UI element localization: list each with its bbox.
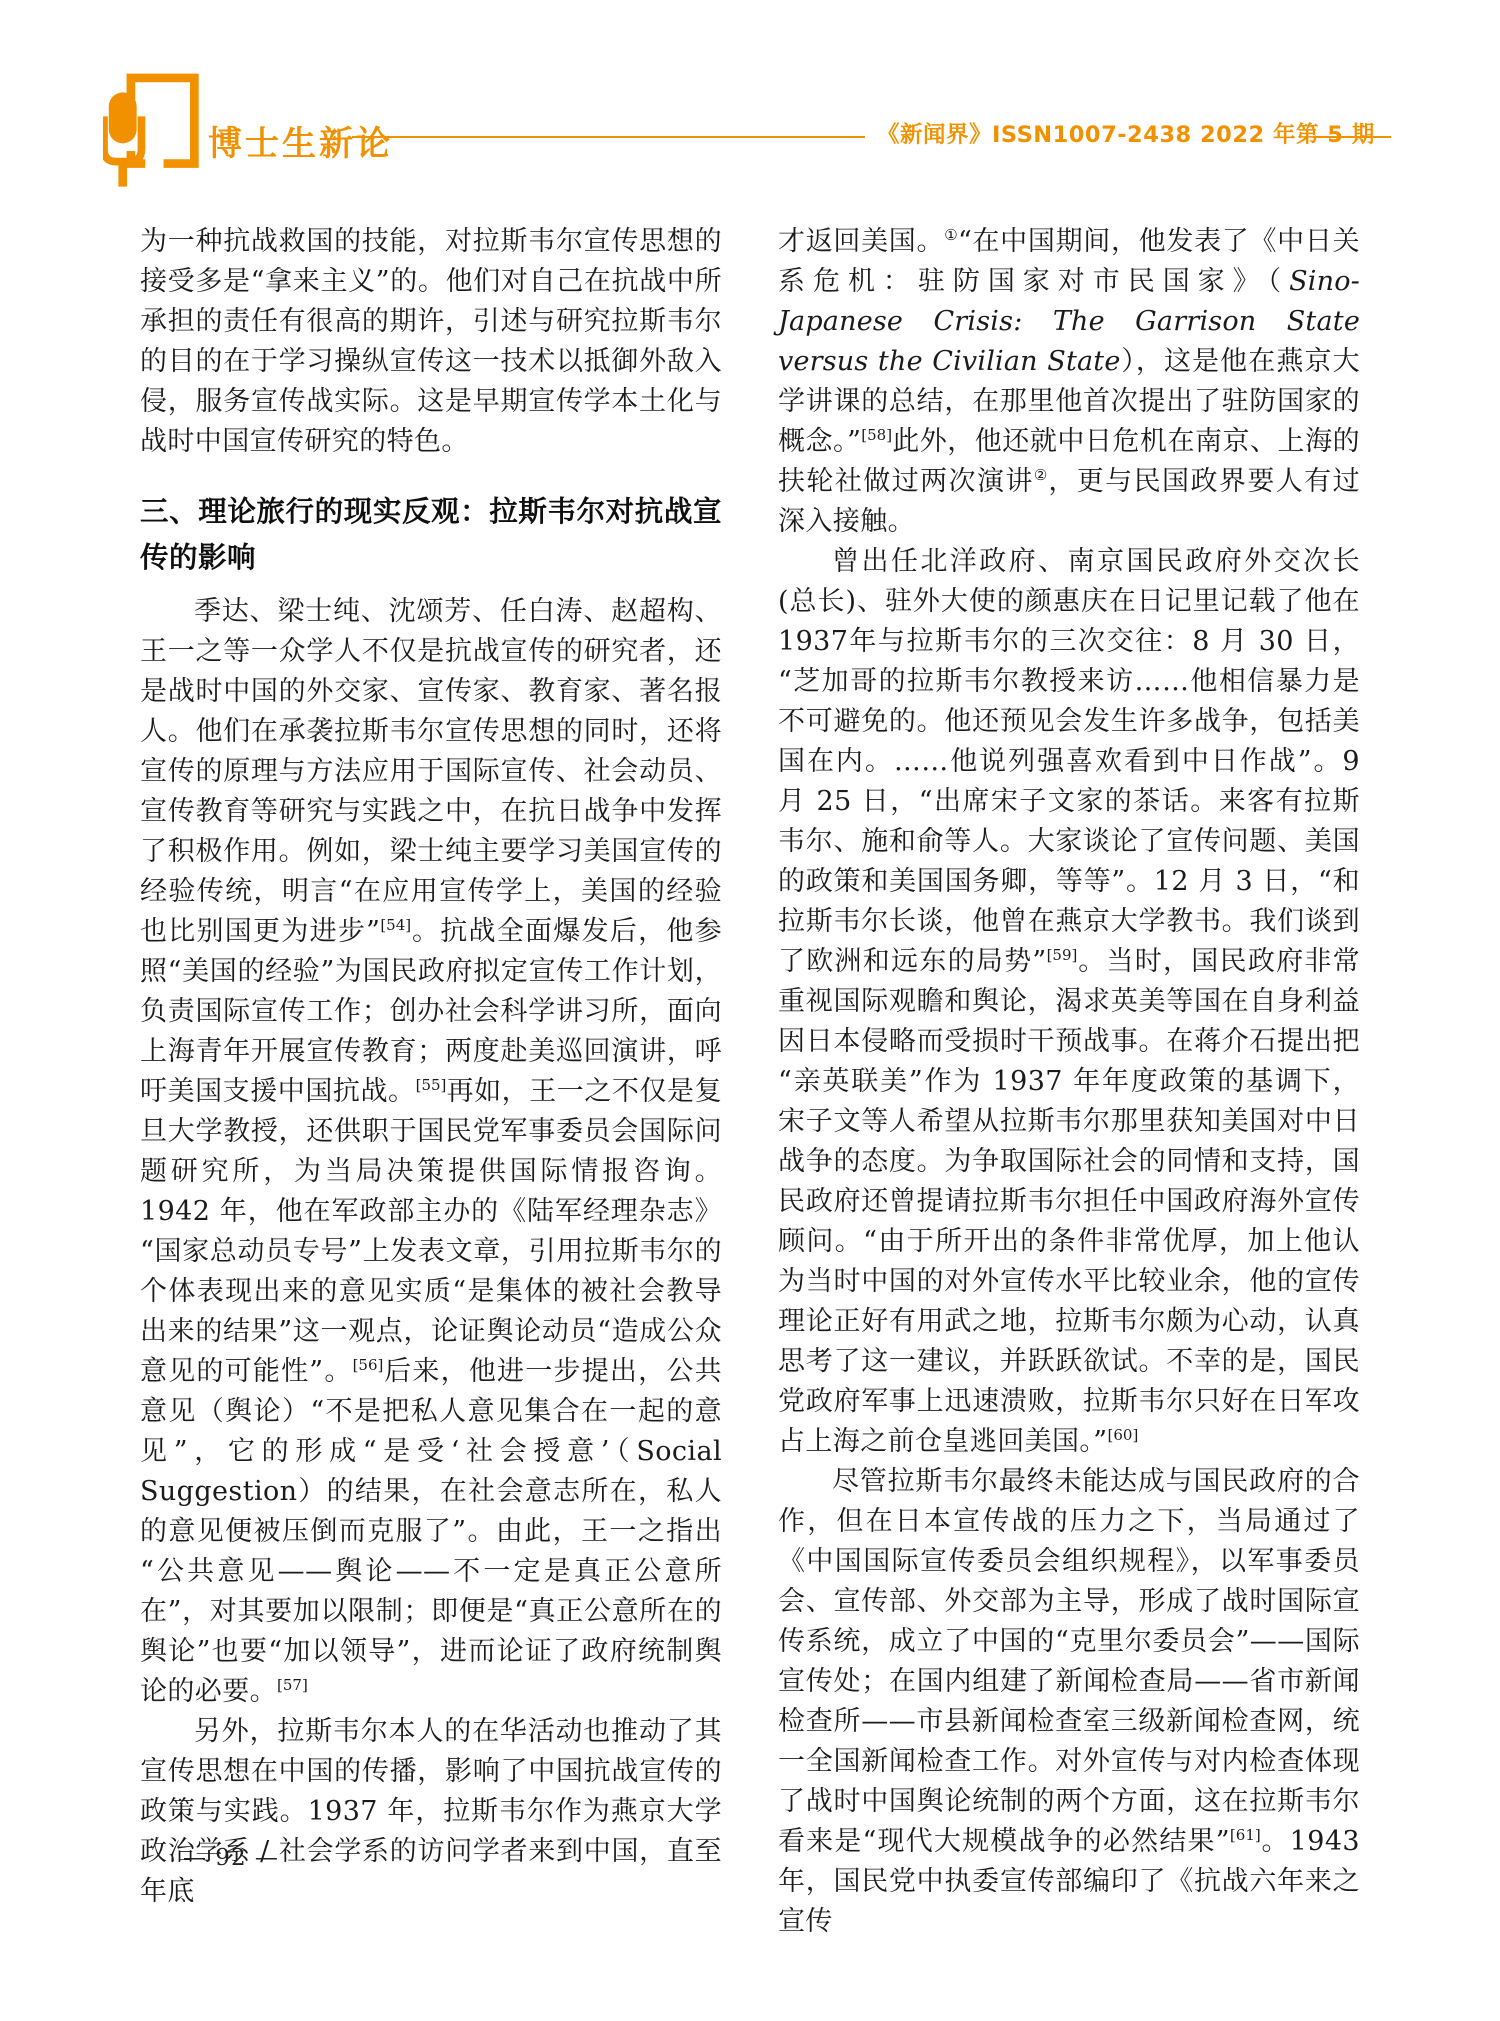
text-run: 另外，拉斯韦尔本人的在华活动也推动了其宣传思想在中国的传播，影响了中国抗战宣传的… xyxy=(140,1716,722,1907)
reference-marker: ① xyxy=(944,226,958,244)
left-column: 为一种抗战救国的技能，对拉斯韦尔宣传思想的接受多是“拿来主义”的。他们对自己在抗… xyxy=(140,222,722,1942)
reference-marker: [57] xyxy=(277,1676,308,1694)
two-column-body: 为一种抗战救国的技能，对拉斯韦尔宣传思想的接受多是“拿来主义”的。他们对自己在抗… xyxy=(140,222,1360,1942)
reference-marker: ② xyxy=(1034,466,1048,484)
text-run: 曾出任北洋政府、南京国民政府外交次长(总长)、驻外大使的颜惠庆在日记里记载了他在… xyxy=(778,546,1360,977)
paragraph: 另外，拉斯韦尔本人的在华活动也推动了其宣传思想在中国的传播，影响了中国抗战宣传的… xyxy=(140,1712,722,1912)
microphone-stem xyxy=(118,162,127,187)
text-run: 才返回美国。 xyxy=(778,226,944,257)
text-run: 为一种抗战救国的技能，对拉斯韦尔宣传思想的接受多是“拿来主义”的。他们对自己在抗… xyxy=(140,226,722,457)
reference-marker: [61] xyxy=(1230,1826,1261,1844)
text-run: 后来，他进一步提出，公共意见（舆论）“不是把私人意见集合在一起的意见”，它的形成… xyxy=(140,1356,722,1707)
reference-marker: [59] xyxy=(1047,946,1078,964)
microphone-frame-icon xyxy=(103,66,203,188)
page-number: — 92 — xyxy=(183,1845,279,1871)
right-column: 才返回美国。①“在中国期间，他发表了《中日关系危机：驻防国家对市民国家》（Sin… xyxy=(778,222,1360,1942)
header-rule-right xyxy=(1313,136,1391,138)
paragraph: 才返回美国。①“在中国期间，他发表了《中日关系危机：驻防国家对市民国家》（Sin… xyxy=(778,222,1360,542)
text-run: 尽管拉斯韦尔最终未能达成与国民政府的合作，但在日本宣传战的压力之下，当局通过了《… xyxy=(778,1466,1360,1857)
text-run: 再如，王一之不仅是复旦大学教授，还供职于国民党军事委员会国际问题研究所，为当局决… xyxy=(140,1076,722,1387)
reference-marker: [54] xyxy=(380,916,411,934)
microphone-body xyxy=(109,92,137,143)
text-run: 。当时，国民政府非常重视国际观瞻和舆论，渴求英美等国在自身利益因日本侵略而受损时… xyxy=(778,946,1360,1457)
paragraph: 季达、梁士纯、沈颂芳、任白涛、赵超构、王一之等一众学人不仅是抗战宣传的研究者，还… xyxy=(140,592,722,1712)
reference-marker: [55] xyxy=(416,1076,447,1094)
column-title: 博士生新论 xyxy=(208,116,393,165)
text-run: 季达、梁士纯、沈颂芳、任白涛、赵超构、王一之等一众学人不仅是抗战宣传的研究者，还… xyxy=(140,596,722,947)
reference-marker: [56] xyxy=(353,1356,384,1374)
paragraph: 为一种抗战救国的技能，对拉斯韦尔宣传思想的接受多是“拿来主义”的。他们对自己在抗… xyxy=(140,222,722,462)
paper-page: 博士生新论 《新闻界》ISSN1007-2438 2022 年第 5 期 为一种… xyxy=(0,0,1500,2021)
header-rule-left xyxy=(352,136,865,138)
reference-marker: [60] xyxy=(1108,1426,1139,1444)
paragraph: 尽管拉斯韦尔最终未能达成与国民政府的合作，但在日本宣传战的压力之下，当局通过了《… xyxy=(778,1462,1360,1942)
reference-marker: [58] xyxy=(861,426,892,444)
section-heading: 三、理论旅行的现实反观：拉斯韦尔对抗战宣传的影响 xyxy=(140,489,722,581)
paragraph: 曾出任北洋政府、南京国民政府外交次长(总长)、驻外大使的颜惠庆在日记里记载了他在… xyxy=(778,542,1360,1462)
journal-issue-info: 《新闻界》ISSN1007-2438 2022 年第 5 期 xyxy=(877,117,1375,149)
